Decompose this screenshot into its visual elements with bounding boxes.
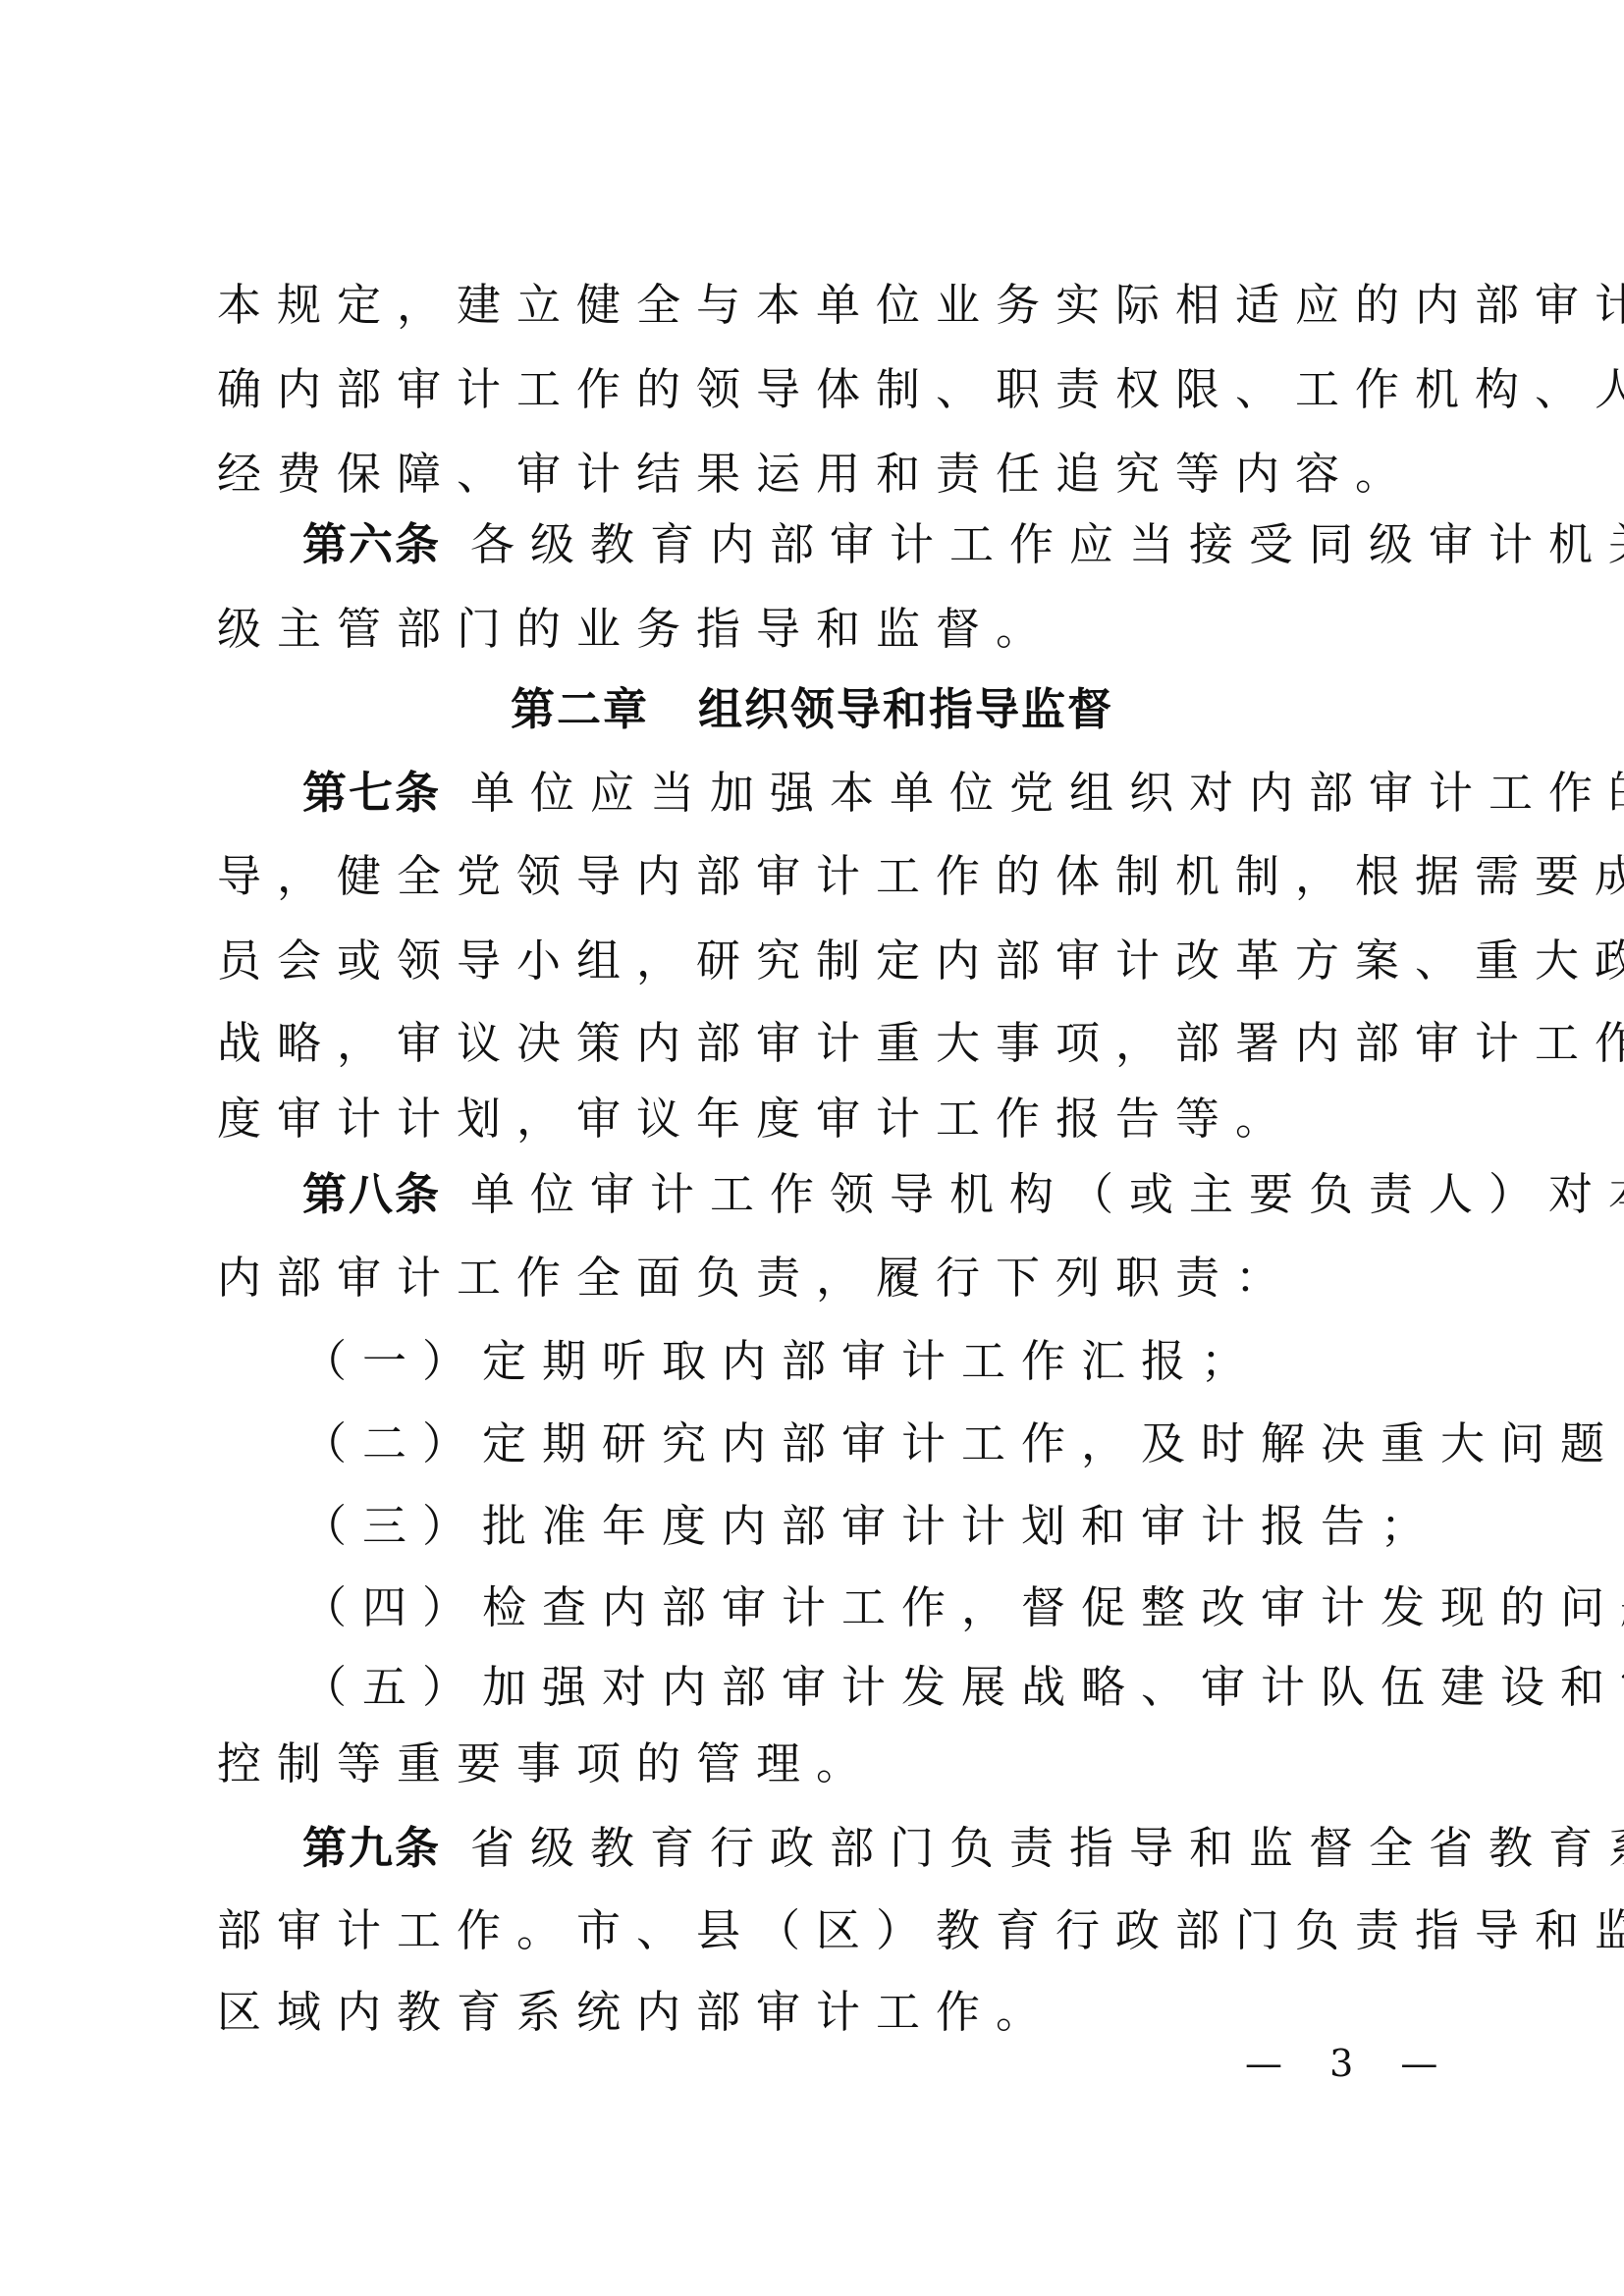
paragraph-line: 部审计工作。市、县（区）教育行政部门负责指导和监督本行政 — [217, 1901, 1435, 1960]
paragraph-line: 度审计计划，审议年度审计工作报告等。 — [217, 1090, 1435, 1148]
paragraph-line: 本规定，建立健全与本单位业务实际相适应的内部审计制度，明 — [217, 276, 1435, 335]
article-7-text: 单位应当加强本单位党组织对内部审计工作的领 — [470, 767, 1624, 819]
article-9-label: 第九条 — [302, 1822, 441, 1874]
list-item: （五）加强对内部审计发展战略、审计队伍建设和审计质量 — [302, 1658, 1520, 1717]
list-item: （四）检查内部审计工作，督促整改审计发现的问题； — [302, 1578, 1520, 1637]
article-9-text: 省级教育行政部门负责指导和监督全省教育系统内 — [470, 1822, 1624, 1874]
chapter-number: 第二章 — [511, 683, 649, 735]
paragraph-line: 战略，审议决策内部审计重大事项，部署内部审计工作，批准年 — [217, 1014, 1435, 1073]
list-item: （二）定期研究内部审计工作，及时解决重大问题； — [302, 1415, 1520, 1473]
chapter-heading: 第二章组织领导和指导监督 — [0, 680, 1624, 739]
article-7-first-line: 第七条单位应当加强本单位党组织对内部审计工作的领 — [302, 764, 1520, 823]
page-number: — 3 — — [1245, 2042, 1455, 2085]
list-item: （一）定期听取内部审计工作汇报； — [302, 1332, 1520, 1391]
article-8-text: 单位审计工作领导机构（或主要负责人）对本单位 — [470, 1168, 1624, 1220]
article-6-label: 第六条 — [302, 518, 441, 570]
paragraph-line: 导，健全党领导内部审计工作的体制机制，根据需要成立审计委 — [217, 847, 1435, 906]
article-6-first-line: 第六条各级教育内部审计工作应当接受同级审计机关和上 — [302, 515, 1520, 574]
article-9-first-line: 第九条省级教育行政部门负责指导和监督全省教育系统内 — [302, 1819, 1520, 1878]
paragraph-line: 员会或领导小组，研究制定内部审计改革方案、重大政策和发展 — [217, 932, 1435, 990]
paragraph-line: 级主管部门的业务指导和监督。 — [217, 600, 1435, 659]
paragraph-line: 经费保障、审计结果运用和责任追究等内容。 — [217, 445, 1435, 504]
article-8-label: 第八条 — [302, 1168, 441, 1220]
paragraph-line: 控制等重要事项的管理。 — [217, 1735, 1435, 1793]
article-7-label: 第七条 — [302, 767, 441, 819]
article-8-first-line: 第八条单位审计工作领导机构（或主要负责人）对本单位 — [302, 1165, 1520, 1224]
paragraph-line: 内部审计工作全面负责，履行下列职责： — [217, 1249, 1435, 1308]
paragraph-line: 区域内教育系统内部审计工作。 — [217, 1983, 1435, 2042]
list-item: （三）批准年度内部审计计划和审计报告； — [302, 1497, 1520, 1556]
chapter-title: 组织领导和指导监督 — [698, 683, 1113, 735]
article-6-text: 各级教育内部审计工作应当接受同级审计机关和上 — [470, 518, 1624, 570]
paragraph-line: 确内部审计工作的领导体制、职责权限、工作机构、人员配备、 — [217, 360, 1435, 419]
